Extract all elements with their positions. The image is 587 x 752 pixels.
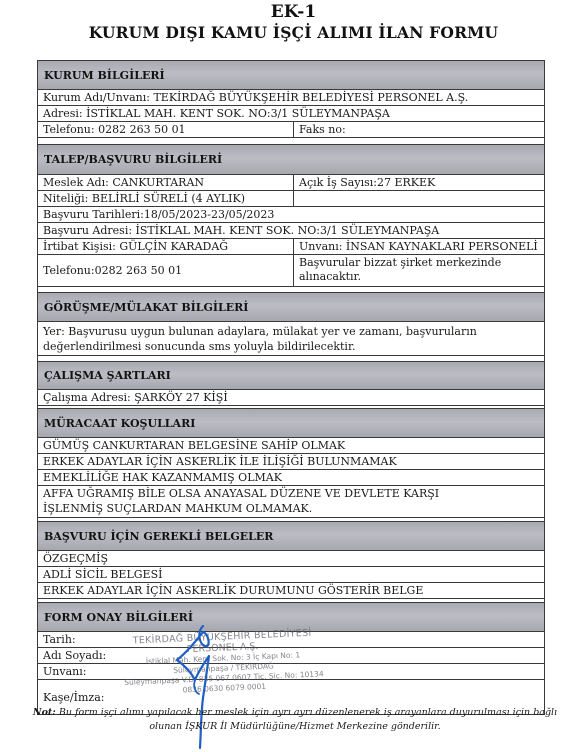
section-title: TALEP/BAŞVURU BİLGİLERİ (44, 153, 222, 166)
row-tarih: Tarih: (38, 632, 544, 648)
note-label: Not: (33, 707, 56, 718)
section-title: MÜRACAAT KOŞULLARI (44, 417, 195, 430)
section-title: ÇALIŞMA ŞARTLARI (44, 369, 171, 382)
field-basvuru-notu: Başvurular bizzat şirket merkezinde alın… (294, 255, 544, 286)
condition-item: EMEKLİLİĞE HAK KAZANMAMIŞ OLMAK (38, 470, 544, 485)
field-irtibat-kisisi: İrtibat Kişisi: GÜLÇİN KARADAĞ (38, 239, 294, 254)
section-header-kurum: KURUM BİLGİLERİ (38, 60, 544, 90)
row-telefon-faks: Telefonu: 0282 263 50 01 Faks no: (38, 122, 544, 138)
row-unvani: Unvanı: (38, 664, 544, 680)
annex-label: EK-1 (0, 2, 587, 22)
row-basvuru-adresi: Başvuru Adresi: İSTİKLAL MAH. KENT SOK. … (38, 223, 544, 239)
section-header-talep: TALEP/BAŞVURU BİLGİLERİ (38, 144, 544, 175)
field-kase-imza: Kaşe/İmza: (38, 690, 544, 705)
document-item: ÖZGEÇMİŞ (38, 551, 544, 566)
field-acik-is-sayisi: Açık İş Sayısı:27 ERKEK (294, 175, 544, 190)
row-adres: Adresi: İSTİKLAL MAH. KENT SOK. NO:3/1 S… (38, 106, 544, 122)
row-telefon-basvuru: Telefonu:0282 263 50 01 Başvurular bizza… (38, 255, 544, 287)
field-telefon: Telefonu: 0282 263 50 01 (38, 122, 294, 137)
section-header-onay: FORM ONAY BİLGİLERİ (38, 602, 544, 632)
field-calisma-adresi: Çalışma Adresi: ŞARKÖY 27 KİŞİ (38, 390, 544, 405)
section-header-calisma: ÇALIŞMA ŞARTLARI (38, 361, 544, 390)
field-telefon: Telefonu:0282 263 50 01 (38, 255, 294, 286)
condition-item: ERKEK ADAYLAR İÇİN ASKERLİK İLE İLİŞİĞİ … (38, 454, 544, 469)
list-item: ERKEK ADAYLAR İÇİN ASKERLİK DURUMUNU GÖS… (38, 583, 544, 599)
row-nitelik: Niteliği: BELİRLİ SÜRELİ (4 AYLIK) (38, 191, 544, 207)
section-title: FORM ONAY BİLGİLERİ (44, 611, 193, 624)
document-item: ERKEK ADAYLAR İÇİN ASKERLİK DURUMUNU GÖS… (38, 583, 544, 598)
field-faks: Faks no: (294, 122, 544, 137)
section-header-muracaat: MÜRACAAT KOŞULLARI (38, 408, 544, 438)
section-title: BAŞVURU İÇİN GEREKLİ BELGELER (44, 530, 273, 543)
row-calisma-adresi: Çalışma Adresi: ŞARKÖY 27 KİŞİ (38, 390, 544, 406)
field-empty (294, 191, 544, 206)
announcement-form: KURUM BİLGİLERİ Kurum Adı/Unvanı: TEKİRD… (37, 60, 545, 715)
list-item: ÖZGEÇMİŞ (38, 551, 544, 567)
footnote: Not: Bu form işçi alımı yapılacak her me… (30, 706, 560, 734)
list-item: GÜMÜŞ CANKURTARAN BELGESİNE SAHİP OLMAK (38, 438, 544, 454)
condition-item: GÜMÜŞ CANKURTARAN BELGESİNE SAHİP OLMAK (38, 438, 544, 453)
list-item: EMEKLİLİĞE HAK KAZANMAMIŞ OLMAK (38, 470, 544, 486)
field-tarih: Tarih: (38, 632, 544, 647)
list-item: ADLİ SİCİL BELGESİ (38, 567, 544, 583)
field-meslek-adi: Meslek Adı: CANKURTARAN (38, 175, 294, 190)
list-item: ERKEK ADAYLAR İÇİN ASKERLİK İLE İLİŞİĞİ … (38, 454, 544, 470)
row-irtibat: İrtibat Kişisi: GÜLÇİN KARADAĞ Unvanı: İ… (38, 239, 544, 255)
field-adres: Adresi: İSTİKLAL MAH. KENT SOK. NO:3/1 S… (38, 106, 544, 121)
row-kurum-adi: Kurum Adı/Unvanı: TEKİRDAĞ BÜYÜKŞEHİR BE… (38, 90, 544, 106)
section-header-gorusme: GÖRÜŞME/MÜLAKAT BİLGİLERİ (38, 292, 544, 322)
form-title: KURUM DIŞI KAMU İŞÇİ ALIMI İLAN FORMU (0, 23, 587, 42)
document-item: ADLİ SİCİL BELGESİ (38, 567, 544, 582)
row-mulakat-yer: Yer: Başvurusu uygun bulunan adaylara, m… (38, 322, 544, 356)
section-title: GÖRÜŞME/MÜLAKAT BİLGİLERİ (44, 301, 248, 314)
section-title: KURUM BİLGİLERİ (44, 69, 165, 82)
field-unvani: Unvanı: (38, 664, 544, 679)
field-niteligi: Niteliği: BELİRLİ SÜRELİ (4 AYLIK) (38, 191, 294, 206)
field-kurum-adi: Kurum Adı/Unvanı: TEKİRDAĞ BÜYÜKŞEHİR BE… (38, 90, 544, 105)
field-adi-soyadi: Adı Soyadı: (38, 648, 544, 663)
field-basvuru-tarihleri: Başvuru Tarihleri:18/05/2023-23/05/2023 (38, 207, 544, 222)
field-mulakat-yer: Yer: Başvurusu uygun bulunan adaylara, m… (38, 322, 544, 355)
field-unvani: Unvanı: İNSAN KAYNAKLARI PERSONELİ (294, 239, 544, 254)
list-item: AFFA UĞRAMIŞ BİLE OLSA ANAYASAL DÜZENE V… (38, 486, 544, 518)
note-text: Bu form işçi alımı yapılacak her meslek … (56, 707, 557, 732)
row-adi-soyadi: Adı Soyadı: (38, 648, 544, 664)
row-meslek: Meslek Adı: CANKURTARAN Açık İş Sayısı:2… (38, 175, 544, 191)
row-basvuru-tarihleri: Başvuru Tarihleri:18/05/2023-23/05/2023 (38, 207, 544, 223)
field-basvuru-adresi: Başvuru Adresi: İSTİKLAL MAH. KENT SOK. … (38, 223, 544, 238)
section-header-belgeler: BAŞVURU İÇİN GEREKLİ BELGELER (38, 521, 544, 551)
condition-item: AFFA UĞRAMIŞ BİLE OLSA ANAYASAL DÜZENE V… (38, 486, 544, 517)
